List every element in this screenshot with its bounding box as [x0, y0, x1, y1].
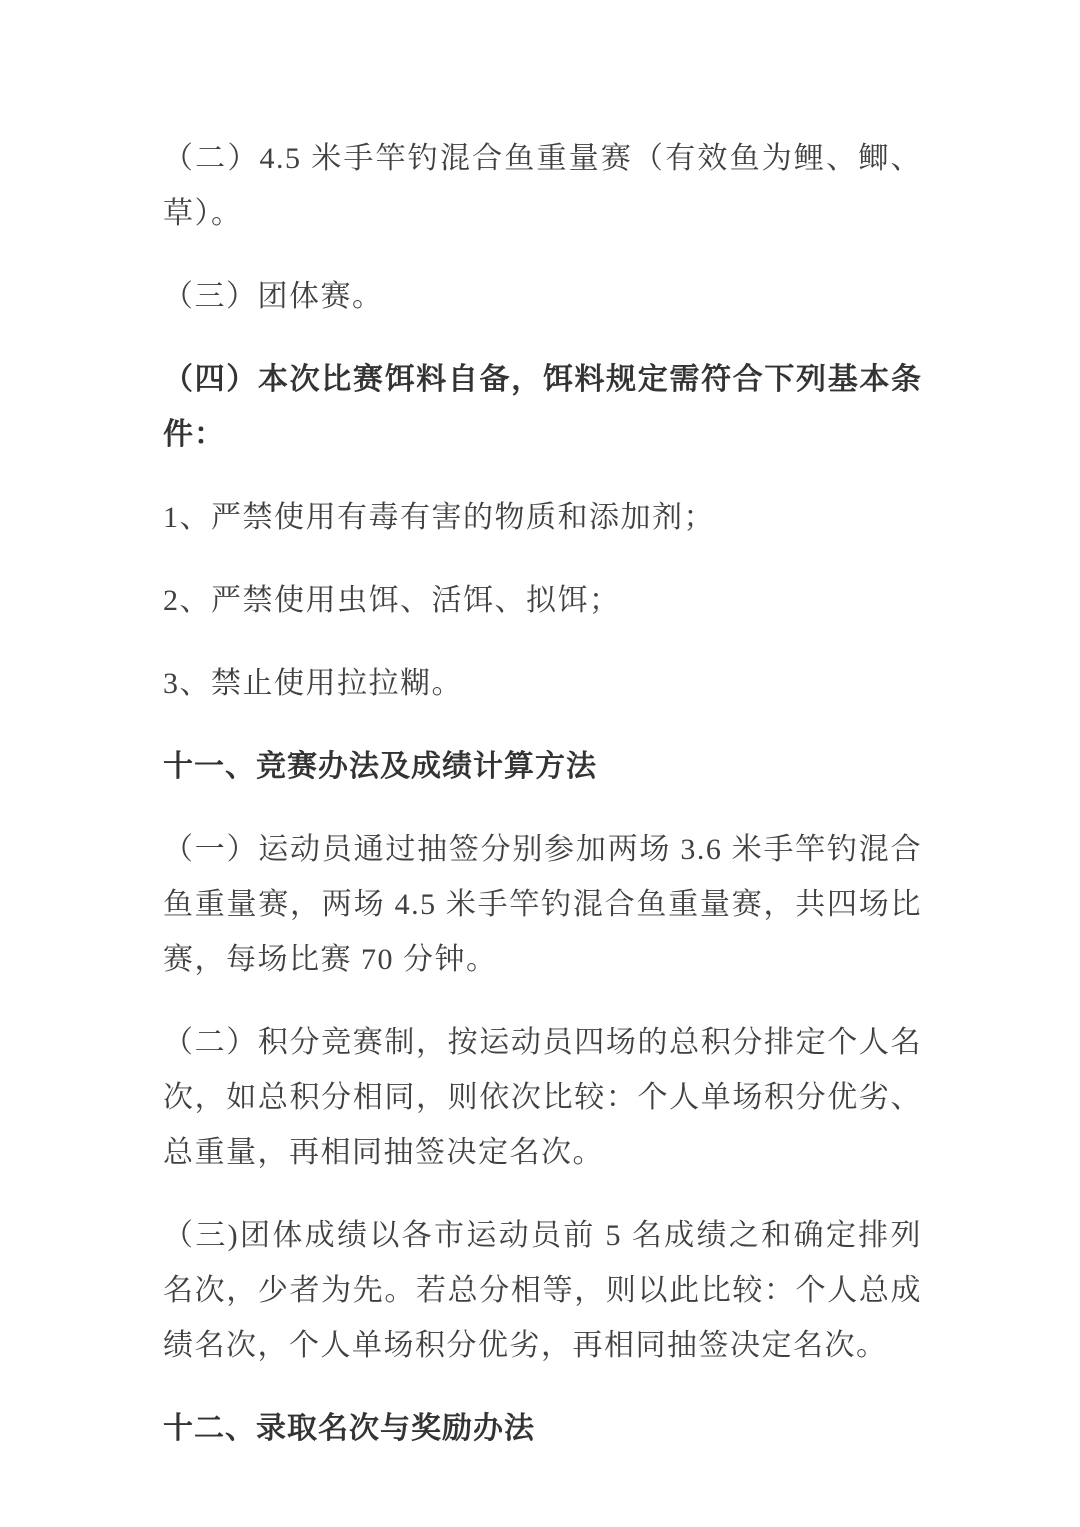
item-bait-requirements: （四）本次比赛饵料自备，饵料规定需符合下列基本条件：	[163, 352, 922, 462]
item-4-5m-mixed-fish-event: （二）4.5 米手竿钓混合鱼重量赛（有效鱼为鲤、鲫、草）。	[163, 131, 922, 241]
heading-section-12: 十二、录取名次与奖励办法	[163, 1401, 922, 1456]
document-page: （二）4.5 米手竿钓混合鱼重量赛（有效鱼为鲤、鲫、草）。 （三）团体赛。 （四…	[0, 0, 1080, 1527]
para-individual-ranking: （二）积分竞赛制，按运动员四场的总积分排定个人名次，如总积分相同，则依次比较：个…	[163, 1015, 922, 1180]
bait-rule-3: 3、禁止使用拉拉糊。	[163, 656, 922, 711]
item-team-event: （三）团体赛。	[163, 269, 922, 324]
para-competition-format: （一）运动员通过抽签分别参加两场 3.6 米手竿钓混合鱼重量赛，两场 4.5 米…	[163, 822, 922, 987]
heading-section-11: 十一、竞赛办法及成绩计算方法	[163, 739, 922, 794]
para-team-ranking: （三)团体成绩以各市运动员前 5 名成绩之和确定排列名次，少者为先。若总分相等，…	[163, 1208, 922, 1373]
bait-rule-1: 1、严禁使用有毒有害的物质和添加剂；	[163, 490, 922, 545]
bait-rule-2: 2、严禁使用虫饵、活饵、拟饵；	[163, 573, 922, 628]
